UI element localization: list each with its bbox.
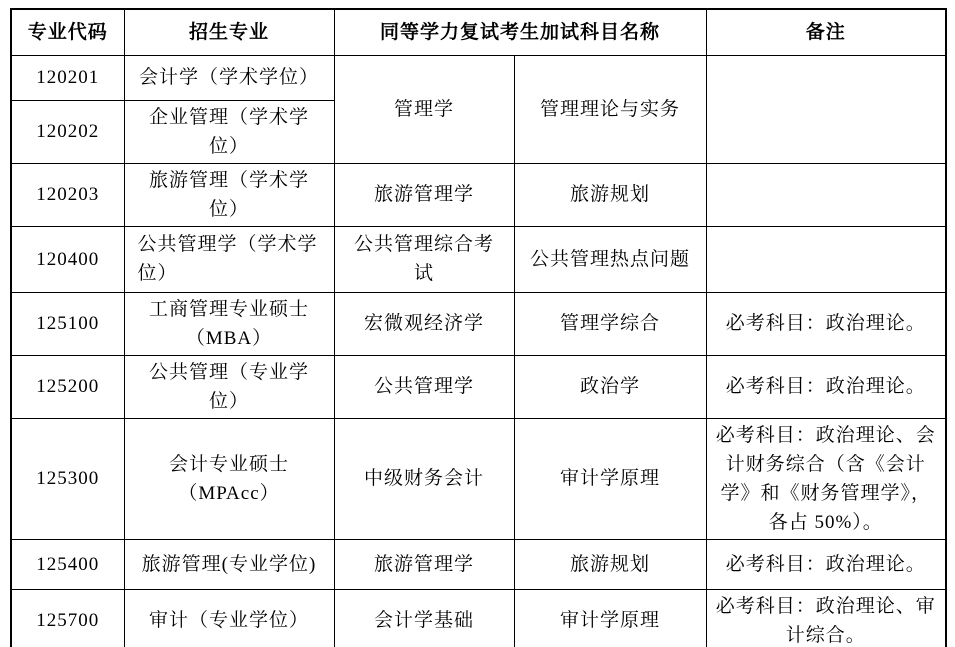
cell-enroll-major: 工商管理专业硕士 （MBA）: [124, 292, 334, 355]
cell-remark: 必考科目：政治理论、审 计综合。: [706, 589, 946, 647]
cell-added-subject: 政治学: [514, 355, 706, 418]
table-row: 120400 公共管理学（学术学 位） 公共管理综合考 试 公共管理热点问题: [11, 226, 946, 292]
cell-major-code: 125400: [11, 539, 124, 589]
table-row: 125300 会计专业硕士 （MPAcc） 中级财务会计 审计学原理 必考科目：…: [11, 418, 946, 539]
cell-enroll-major: 企业管理（学术学 位）: [124, 100, 334, 163]
cell-remark: [706, 226, 946, 292]
cell-major-code: 120203: [11, 163, 124, 226]
cell-enroll-major: 旅游管理（学术学 位）: [124, 163, 334, 226]
cell-major-code: 125200: [11, 355, 124, 418]
cell-remark: 必考科目：政治理论。: [706, 355, 946, 418]
table-row: 120203 旅游管理（学术学 位） 旅游管理学 旅游规划: [11, 163, 946, 226]
cell-major-code: 125100: [11, 292, 124, 355]
cell-exam-subject: 旅游管理学: [334, 539, 514, 589]
cell-exam-subject: 公共管理学: [334, 355, 514, 418]
header-added-subjects: 同等学力复试考生加试科目名称: [334, 9, 706, 55]
cell-enroll-major: 审计（专业学位）: [124, 589, 334, 647]
document-page: 专业代码 招生专业 同等学力复试考生加试科目名称 备注 120201 会计学（学…: [0, 0, 955, 647]
cell-major-code: 120201: [11, 55, 124, 100]
admission-added-subjects-table: 专业代码 招生专业 同等学力复试考生加试科目名称 备注 120201 会计学（学…: [10, 8, 947, 647]
header-remark: 备注: [706, 9, 946, 55]
table-row: 125400 旅游管理(专业学位) 旅游管理学 旅游规划 必考科目：政治理论。: [11, 539, 946, 589]
header-major-code: 专业代码: [11, 9, 124, 55]
cell-exam-subject: 公共管理综合考 试: [334, 226, 514, 292]
cell-added-subject: 管理学综合: [514, 292, 706, 355]
cell-remark: [706, 55, 946, 163]
cell-major-code: 120202: [11, 100, 124, 163]
table-header-row: 专业代码 招生专业 同等学力复试考生加试科目名称 备注: [11, 9, 946, 55]
cell-enroll-major: 会计专业硕士 （MPAcc）: [124, 418, 334, 539]
table-row: 125100 工商管理专业硕士 （MBA） 宏微观经济学 管理学综合 必考科目：…: [11, 292, 946, 355]
cell-exam-subject: 会计学基础: [334, 589, 514, 647]
table-row: 125200 公共管理（专业学 位） 公共管理学 政治学 必考科目：政治理论。: [11, 355, 946, 418]
header-enroll-major: 招生专业: [124, 9, 334, 55]
cell-major-code: 125300: [11, 418, 124, 539]
table-row: 120201 会计学（学术学位） 管理学 管理理论与实务: [11, 55, 946, 100]
cell-major-code: 120400: [11, 226, 124, 292]
cell-remark: 必考科目：政治理论。: [706, 292, 946, 355]
cell-enroll-major: 旅游管理(专业学位): [124, 539, 334, 589]
cell-added-subject: 旅游规划: [514, 163, 706, 226]
cell-exam-subject: 中级财务会计: [334, 418, 514, 539]
cell-exam-subject: 旅游管理学: [334, 163, 514, 226]
cell-enroll-major: 公共管理（专业学 位）: [124, 355, 334, 418]
cell-added-subject: 管理理论与实务: [514, 55, 706, 163]
cell-enroll-major: 会计学（学术学位）: [124, 55, 334, 100]
cell-added-subject: 审计学原理: [514, 418, 706, 539]
cell-added-subject: 旅游规划: [514, 539, 706, 589]
cell-exam-subject: 宏微观经济学: [334, 292, 514, 355]
cell-added-subject: 公共管理热点问题: [514, 226, 706, 292]
cell-remark: 必考科目：政治理论、会 计财务综合（含《会计 学》和《财务管理学》， 各占 50…: [706, 418, 946, 539]
cell-added-subject: 审计学原理: [514, 589, 706, 647]
cell-enroll-major: 公共管理学（学术学 位）: [124, 226, 334, 292]
cell-remark: [706, 163, 946, 226]
table-row: 125700 审计（专业学位） 会计学基础 审计学原理 必考科目：政治理论、审 …: [11, 589, 946, 647]
cell-remark: 必考科目：政治理论。: [706, 539, 946, 589]
cell-exam-subject: 管理学: [334, 55, 514, 163]
cell-major-code: 125700: [11, 589, 124, 647]
